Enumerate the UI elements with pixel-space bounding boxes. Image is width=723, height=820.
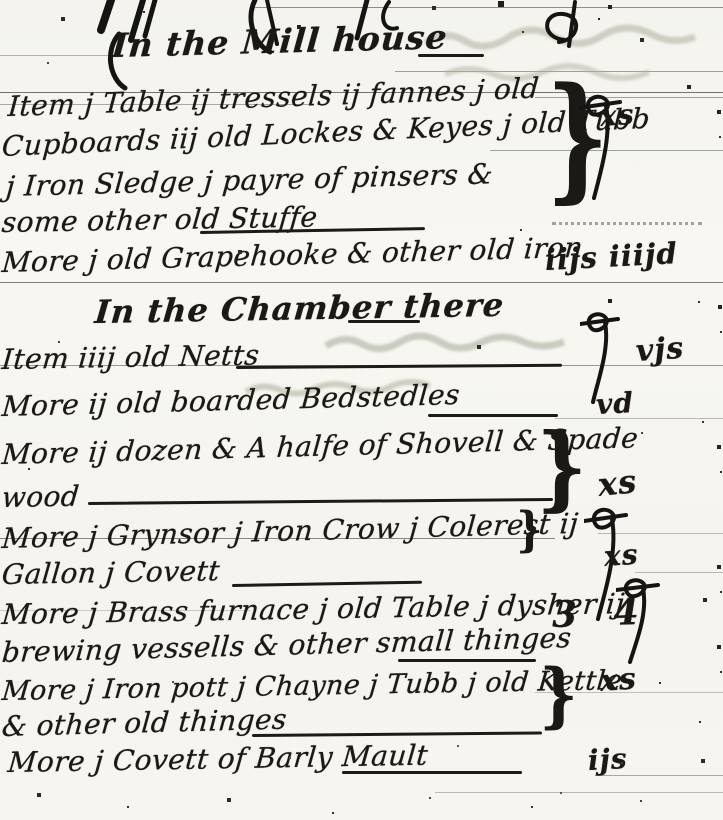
section-heading: In the Chamber there	[93, 286, 506, 331]
entry-value: xs	[603, 538, 640, 573]
entry-value: xs	[599, 661, 638, 698]
ink-rule	[232, 581, 422, 587]
scan-dotted-line	[552, 222, 702, 225]
entry-value: ijs	[587, 742, 628, 777]
scan-line	[0, 282, 723, 283]
entry-value: xs	[596, 462, 639, 504]
entry-value: vjs	[635, 331, 686, 369]
ink-rule	[252, 731, 542, 737]
entry-value: xs	[599, 98, 636, 133]
manuscript-page: In the Mill house Item j Table ij tresse…	[0, 0, 723, 820]
entry-line: & other old thinges	[1, 703, 288, 743]
entry-line: some other old Stuffe	[1, 201, 319, 239]
brace: }	[516, 512, 542, 549]
entry-line: More j old Grapehooke & other old iron	[1, 231, 585, 279]
ink-rule	[342, 771, 522, 774]
entry-line: More j Grynsor j Iron Crow j Colerest ij	[1, 507, 580, 555]
entry-line: Gallon j Covett	[1, 554, 222, 591]
ink-rule	[418, 54, 484, 57]
entry-line: More ij old boarded Bedstedles	[1, 378, 462, 423]
entry-line: wood	[1, 480, 81, 514]
entry-line: Item iiij old Netts	[1, 339, 261, 376]
speckle-noise	[0, 0, 2, 2]
ghost-text	[320, 328, 580, 360]
ink-rule	[88, 498, 553, 505]
ink-rule	[348, 320, 420, 323]
entry-line: j Iron Sledge j payre of pinsers &	[5, 157, 495, 203]
entry-value: vd	[595, 386, 635, 421]
entry-value: iijs iiijd	[544, 236, 678, 277]
top-right-flourish	[535, 0, 605, 48]
brace: }	[536, 432, 586, 504]
scan-line	[635, 572, 723, 573]
brace: }	[539, 668, 577, 723]
ink-rule	[398, 659, 536, 662]
scan-line	[435, 792, 723, 793]
entry-line: More j Iron pott j Chayne j Tubb j old K…	[1, 665, 624, 707]
flourish-mark	[616, 576, 660, 666]
